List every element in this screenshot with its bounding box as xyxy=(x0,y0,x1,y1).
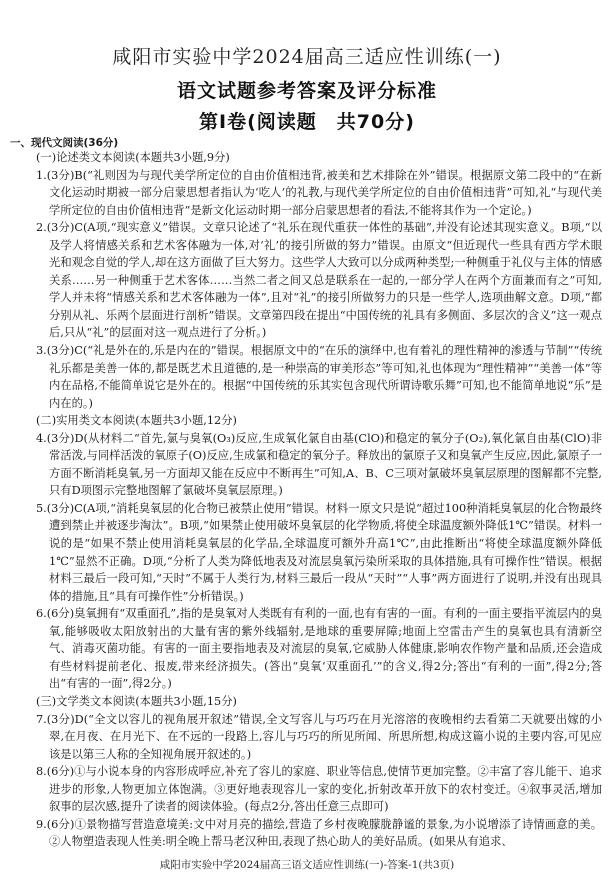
subsection-heading: (一)论述类文本阅读(本题共3小题,9分) xyxy=(36,149,602,167)
answer-item: 6.(6分)臭氧拥有“双重面孔”,指的是臭氧对人类既有有利的一面,也有有害的一面… xyxy=(36,605,602,693)
answer-key-page: 咸阳市实验中学2024届高三适应性训练(一) 语文试题参考答案及评分标准 第Ⅰ卷… xyxy=(0,0,614,884)
subsection-heading: (三)文学类文本阅读(本题共3小题,15分) xyxy=(36,693,602,711)
subsection-heading: (二)实用类文本阅读(本题共3小题,12分) xyxy=(36,412,602,430)
page-footer: 咸阳市实验中学2024届高三语文适应性训练(一)-答案-1(共3页) xyxy=(0,857,614,872)
answer-item: 7.(3分)D(“全文以容儿的视角展开叙述”错误,全文写容儿与巧巧在月光溶溶的夜… xyxy=(36,711,602,764)
answer-content: (一)论述类文本阅读(本题共3小题,9分) 1.(3分)B(“礼则因为与现代美学… xyxy=(36,149,602,851)
answer-item: 2.(3分)C(A项,“现实意义”错误。文章只论述了“礼乐在现代重获一体性的基础… xyxy=(36,219,602,342)
document-title: 语文试题参考答案及评分标准 xyxy=(0,76,614,103)
answer-item: 8.(6分)①与小说本身的内容形成呼应,补充了容儿的家庭、职业等信息,使情节更加… xyxy=(36,763,602,816)
answer-item: 9.(6分)①景物描写营造意境美:文中对月亮的描绘,营造了乡村夜晚朦胧静谧的景象… xyxy=(36,816,602,851)
school-title: 咸阳市实验中学2024届高三适应性训练(一) xyxy=(0,42,614,69)
answer-item: 1.(3分)B(“礼则因为与现代美学所定位的自由价值相违背,被美和艺术排除在外”… xyxy=(36,167,602,220)
answer-item: 5.(3分)C(A项,“消耗臭氧层的化合物已被禁止使用”错误。材料一原文只是说“… xyxy=(36,500,602,605)
volume-title: 第Ⅰ卷(阅读题 共70分) xyxy=(0,107,614,134)
answer-item: 4.(3分)D(从材料二“首先,氯与臭氧(O₃)反应,生成氧化氯自由基(ClO)… xyxy=(36,430,602,500)
answer-item: 3.(3分)C(“礼是外在的,乐是内在的”错误。根据原文中的“在乐的演绎中,也有… xyxy=(36,342,602,412)
section-heading: 一、现代文阅读(36分) xyxy=(10,135,118,150)
